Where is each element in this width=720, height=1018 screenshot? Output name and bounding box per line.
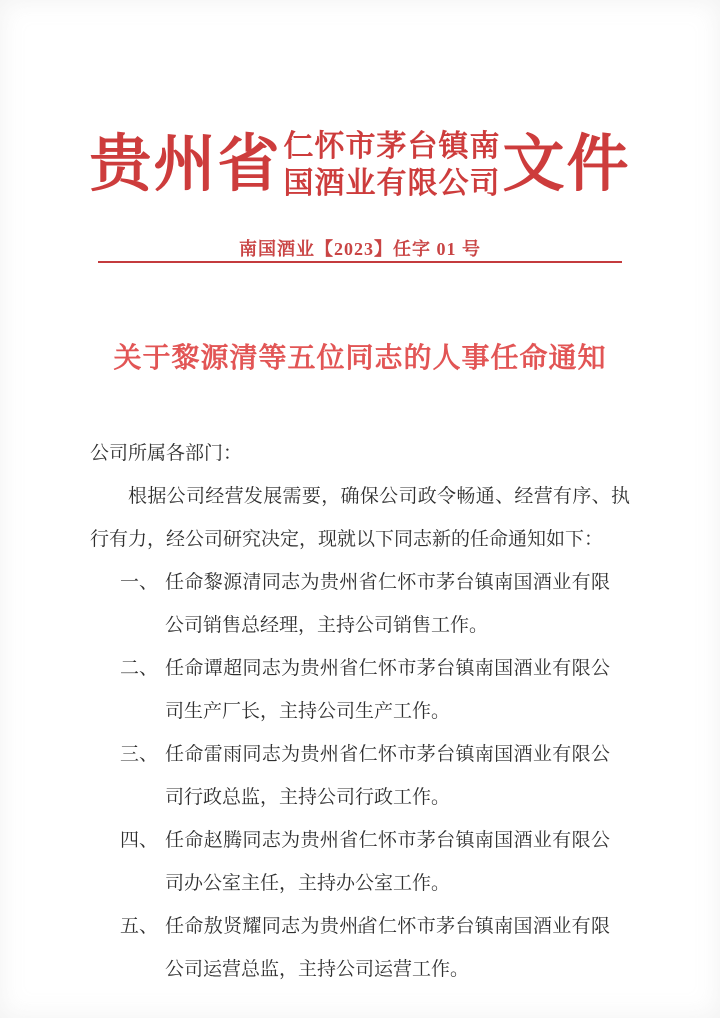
doc-word: 文件: [503, 134, 631, 196]
item-text: 任命黎源清同志为贵州省仁怀市茅台镇南国酒业有限公司销售总经理，主持公司销售工作。: [165, 561, 610, 647]
item-marker: 一、: [120, 561, 165, 647]
document-body: 公司所属各部门： 根据公司经营发展需要，确保公司政令畅通、经营有序、执行有力，经…: [90, 432, 630, 991]
page-number: 1: [0, 922, 720, 938]
org-name-middle: 仁怀市茅台镇南 国酒业有限公司: [284, 128, 501, 202]
item-marker: 四、: [120, 819, 165, 905]
item-marker: 三、: [120, 733, 165, 819]
appointment-item: 五、 任命敖贤耀同志为贵州省仁怀市茅台镇南国酒业有限公司运营总监，主持公司运营工…: [120, 905, 630, 991]
salutation: 公司所属各部门：: [90, 432, 630, 475]
appointment-item: 三、 任命雷雨同志为贵州省仁怀市茅台镇南国酒业有限公司行政总监，主持公司行政工作…: [120, 733, 630, 819]
document-title: 关于黎源清等五位同志的人事任命通知: [0, 336, 720, 376]
intro-paragraph: 根据公司经营发展需要，确保公司政令畅通、经营有序、执行有力，经公司研究决定，现就…: [90, 475, 630, 561]
doc-number: 南国酒业【2023】任字 01 号: [0, 235, 720, 261]
org-name-line1: 仁怀市茅台镇南: [284, 128, 501, 165]
appointment-item: 四、 任命赵腾同志为贵州省仁怀市茅台镇南国酒业有限公司办公室主任，主持办公室工作…: [120, 819, 630, 905]
item-marker: 五、: [120, 905, 165, 991]
item-text: 任命赵腾同志为贵州省仁怀市茅台镇南国酒业有限公司办公室主任，主持办公室工作。: [165, 819, 610, 905]
appointment-item: 二、 任命谭超同志为贵州省仁怀市茅台镇南国酒业有限公司生产厂长，主持公司生产工作…: [120, 647, 630, 733]
item-text: 任命雷雨同志为贵州省仁怀市茅台镇南国酒业有限公司行政总监，主持公司行政工作。: [165, 733, 610, 819]
letterhead: 贵州省 仁怀市茅台镇南 国酒业有限公司 文件: [0, 128, 720, 202]
org-name-prefix: 贵州省: [89, 134, 281, 196]
item-marker: 二、: [120, 647, 165, 733]
item-text: 任命敖贤耀同志为贵州省仁怀市茅台镇南国酒业有限公司运营总监，主持公司运营工作。: [165, 905, 610, 991]
red-divider: [98, 261, 622, 263]
item-text: 任命谭超同志为贵州省仁怀市茅台镇南国酒业有限公司生产厂长，主持公司生产工作。: [165, 647, 610, 733]
document-page: 贵州省 仁怀市茅台镇南 国酒业有限公司 文件 南国酒业【2023】任字 01 号…: [0, 0, 720, 1018]
appointment-item: 一、 任命黎源清同志为贵州省仁怀市茅台镇南国酒业有限公司销售总经理，主持公司销售…: [120, 561, 630, 647]
org-name-line2: 国酒业有限公司: [284, 165, 501, 202]
